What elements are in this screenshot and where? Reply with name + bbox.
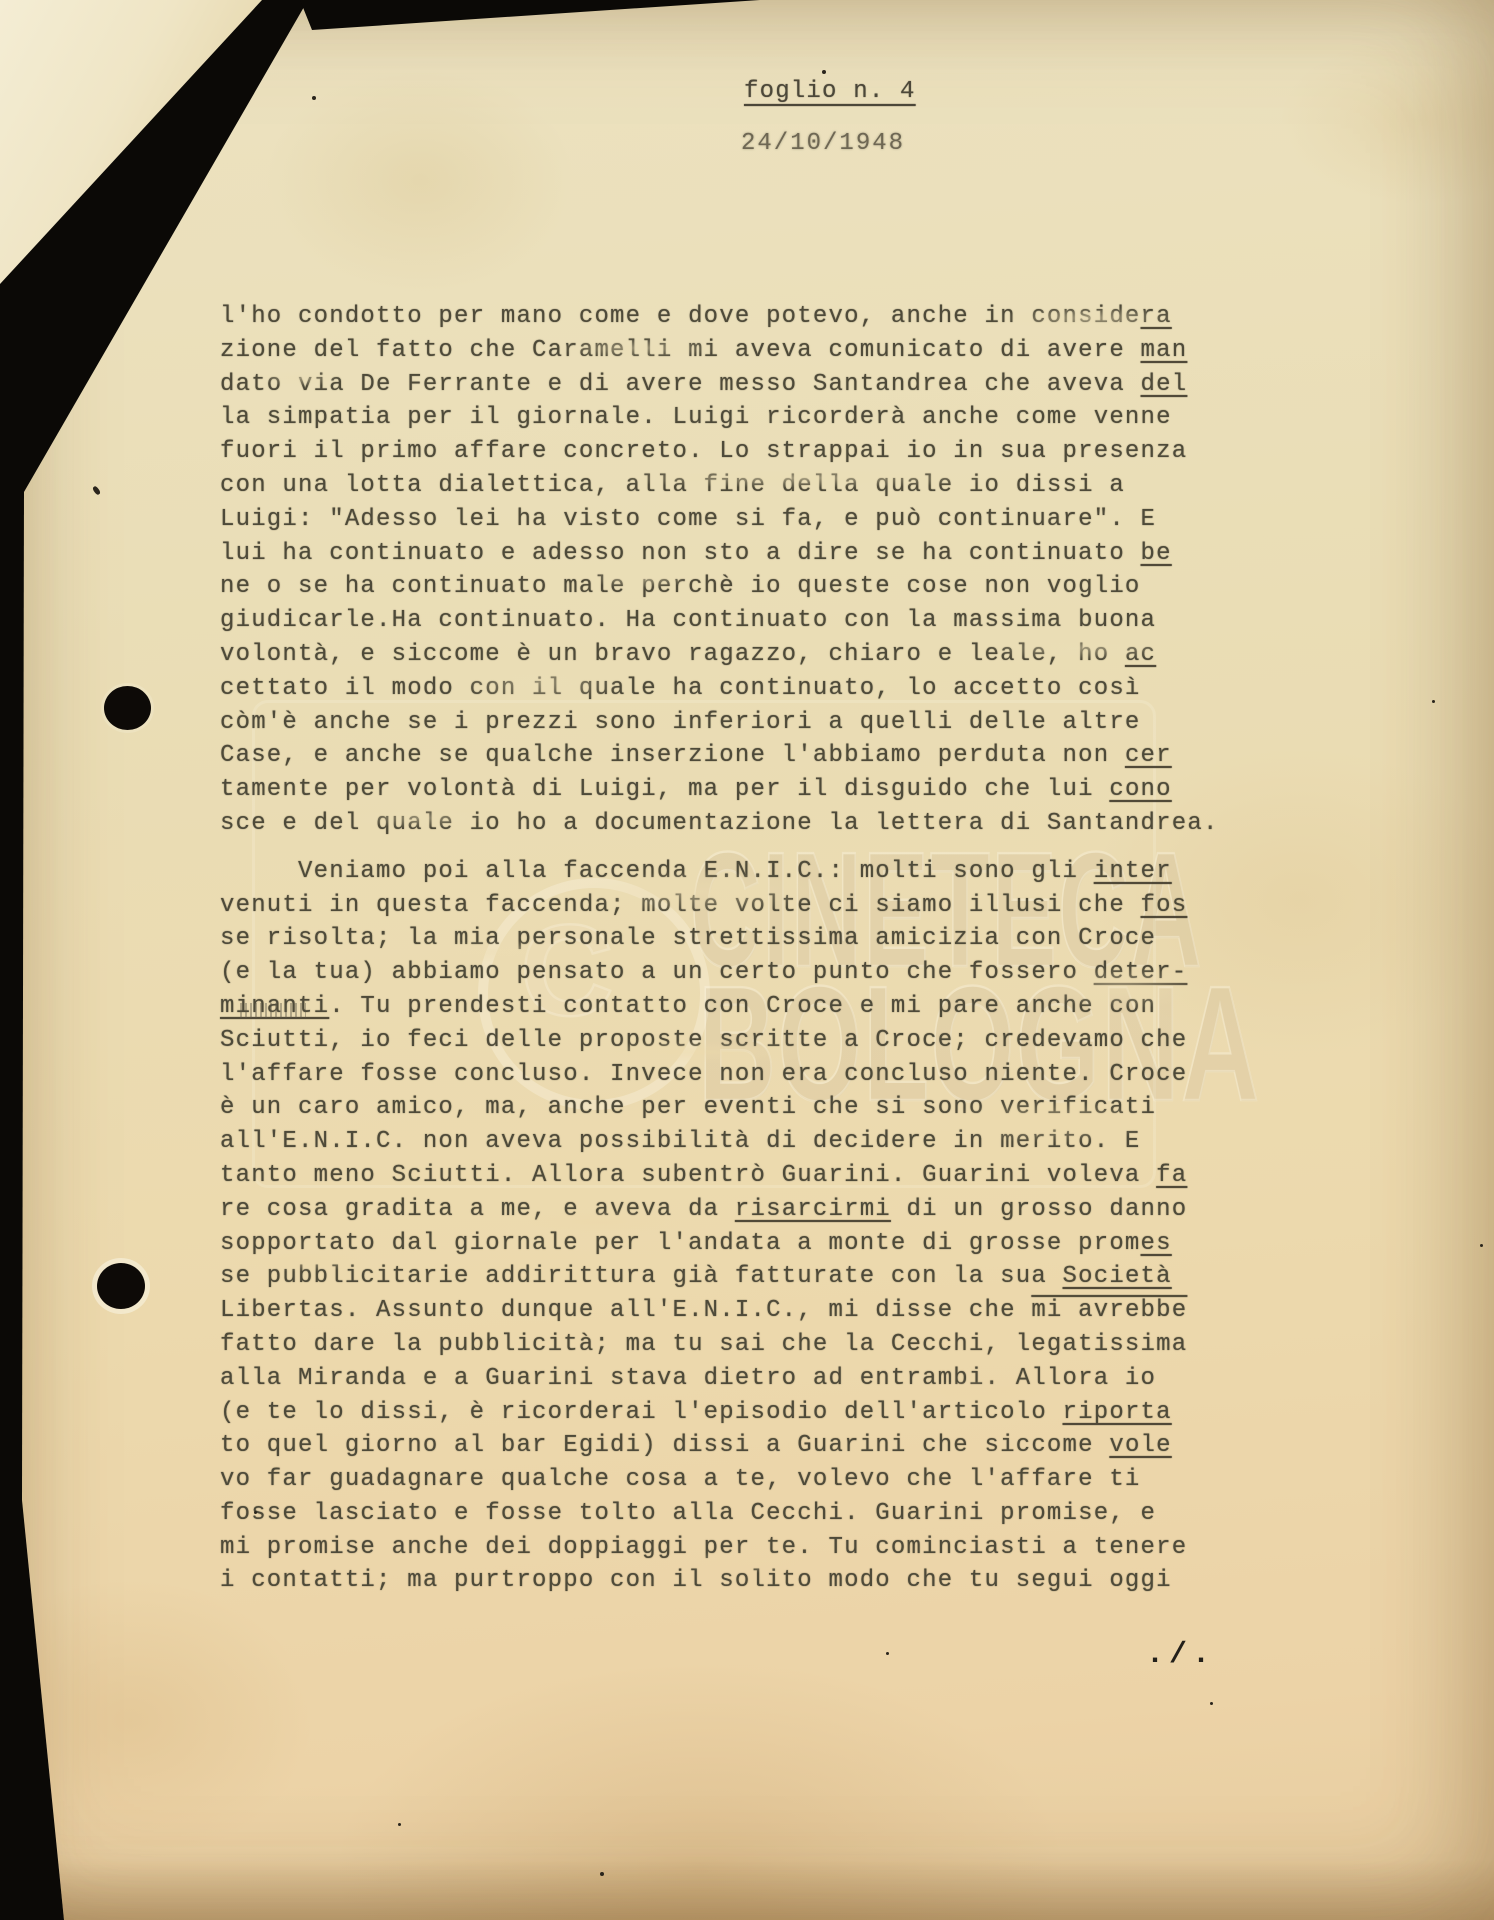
punch-hole: [104, 686, 151, 730]
paper-speck: [600, 1872, 604, 1876]
typewritten-line: to quel giorno al bar Egidi) dissi a Gua…: [220, 1429, 1219, 1463]
typewritten-line: (e te lo dissi, è ricorderai l'episodio …: [220, 1396, 1219, 1430]
typewritten-line: all'E.N.I.C. non aveva possibilità di de…: [220, 1125, 1219, 1159]
typewritten-line: dato via De Ferrante e di avere messo Sa…: [220, 368, 1219, 402]
paper-speck: [886, 1652, 889, 1655]
typewritten-line: venuti in questa faccenda; molte volte c…: [220, 889, 1219, 923]
typewritten-line: Veniamo poi alla faccenda E.N.I.C.: molt…: [220, 855, 1219, 889]
typewritten-line: vo far guadagnare qualche cosa a te, vol…: [220, 1463, 1219, 1497]
paragraph: l'ho condotto per mano come e dove potev…: [220, 300, 1219, 841]
typewritten-line: giudicarle.Ha continuato. Ha continuato …: [220, 604, 1219, 638]
scanned-document-canvas: C CINETECA BOLOGNA foglio n. 4 24/10/194…: [0, 0, 1494, 1920]
sheet-number-label: foglio n. 4: [744, 78, 916, 105]
typewritten-line: fatto dare la pubblicità; ma tu sai che …: [220, 1328, 1219, 1362]
typewritten-line: (e la tua) abbiamo pensato a un certo pu…: [220, 956, 1219, 990]
typewritten-line: i contatti; ma purtroppo con il solito m…: [220, 1564, 1219, 1598]
typewritten-line: fuori il primo affare concreto. Lo strap…: [220, 435, 1219, 469]
page-continuation-mark: ./.: [1146, 1638, 1215, 1672]
document-date: 24/10/1948: [741, 130, 905, 157]
typewritten-line: cettato il modo con il quale ha continua…: [220, 672, 1219, 706]
typewritten-line: con una lotta dialettica, alla fine dell…: [220, 469, 1219, 503]
typewritten-line: tamente per volontà di Luigi, ma per il …: [220, 773, 1219, 807]
typewritten-line: l'ho condotto per mano come e dove potev…: [220, 300, 1219, 334]
typewritten-line: minanti. Tu prendesti contatto con Croce…: [220, 990, 1219, 1024]
typewritten-line: sce e del quale io ho a documentazione l…: [220, 807, 1219, 841]
typewritten-line: sopportato dal giornale per l'andata a m…: [220, 1227, 1219, 1261]
paragraph: Veniamo poi alla faccenda E.N.I.C.: molt…: [220, 855, 1219, 1599]
paper-speck: [1210, 1702, 1213, 1705]
typewritten-line: se risolta; la mia personale strettissim…: [220, 922, 1219, 956]
typewritten-line: còm'è anche se i prezzi sono inferiori a…: [220, 706, 1219, 740]
typewritten-line: l'affare fosse concluso. Invece non era …: [220, 1058, 1219, 1092]
typewritten-line: Luigi: "Adesso lei ha visto come si fa, …: [220, 503, 1219, 537]
paper-speck: [822, 70, 826, 74]
typewritten-line: mi promise anche dei doppiaggi per te. T…: [220, 1531, 1219, 1565]
typewritten-line: ne o se ha continuato male perchè io que…: [220, 570, 1219, 604]
typewritten-line: tanto meno Sciutti. Allora subentrò Guar…: [220, 1159, 1219, 1193]
typewritten-line: è un caro amico, ma, anche per eventi ch…: [220, 1091, 1219, 1125]
punch-hole: [97, 1263, 145, 1309]
typewritten-line: zione del fatto che Caramelli mi aveva c…: [220, 334, 1219, 368]
typewritten-line: Case, e anche se qualche inserzione l'ab…: [220, 739, 1219, 773]
paper-speck: [1480, 1244, 1483, 1247]
typewritten-line: fosse lasciato e fosse tolto alla Cecchi…: [220, 1497, 1219, 1531]
paper-speck: [398, 1823, 401, 1826]
typewritten-line: la simpatia per il giornale. Luigi ricor…: [220, 401, 1219, 435]
typewritten-line: se pubblicitarie addirittura già fattura…: [220, 1260, 1219, 1294]
typewritten-line: re cosa gradita a me, e aveva da risarci…: [220, 1193, 1219, 1227]
typewritten-line: volontà, e siccome è un bravo ragazzo, c…: [220, 638, 1219, 672]
paper-speck: [1432, 700, 1435, 703]
typewritten-line: alla Miranda e a Guarini stava dietro ad…: [220, 1362, 1219, 1396]
typewritten-line: Libertas. Assunto dunque all'E.N.I.C., m…: [220, 1294, 1219, 1328]
typewritten-text-block: l'ho condotto per mano come e dove potev…: [220, 300, 1219, 1598]
paper-speck: [254, 1511, 257, 1514]
paper-speck: [312, 96, 316, 100]
archival-micro-sticker: [240, 1003, 306, 1018]
typewritten-line: Sciutti, io feci delle proposte scritte …: [220, 1024, 1219, 1058]
typewritten-line: lui ha continuato e adesso non sto a dir…: [220, 537, 1219, 571]
